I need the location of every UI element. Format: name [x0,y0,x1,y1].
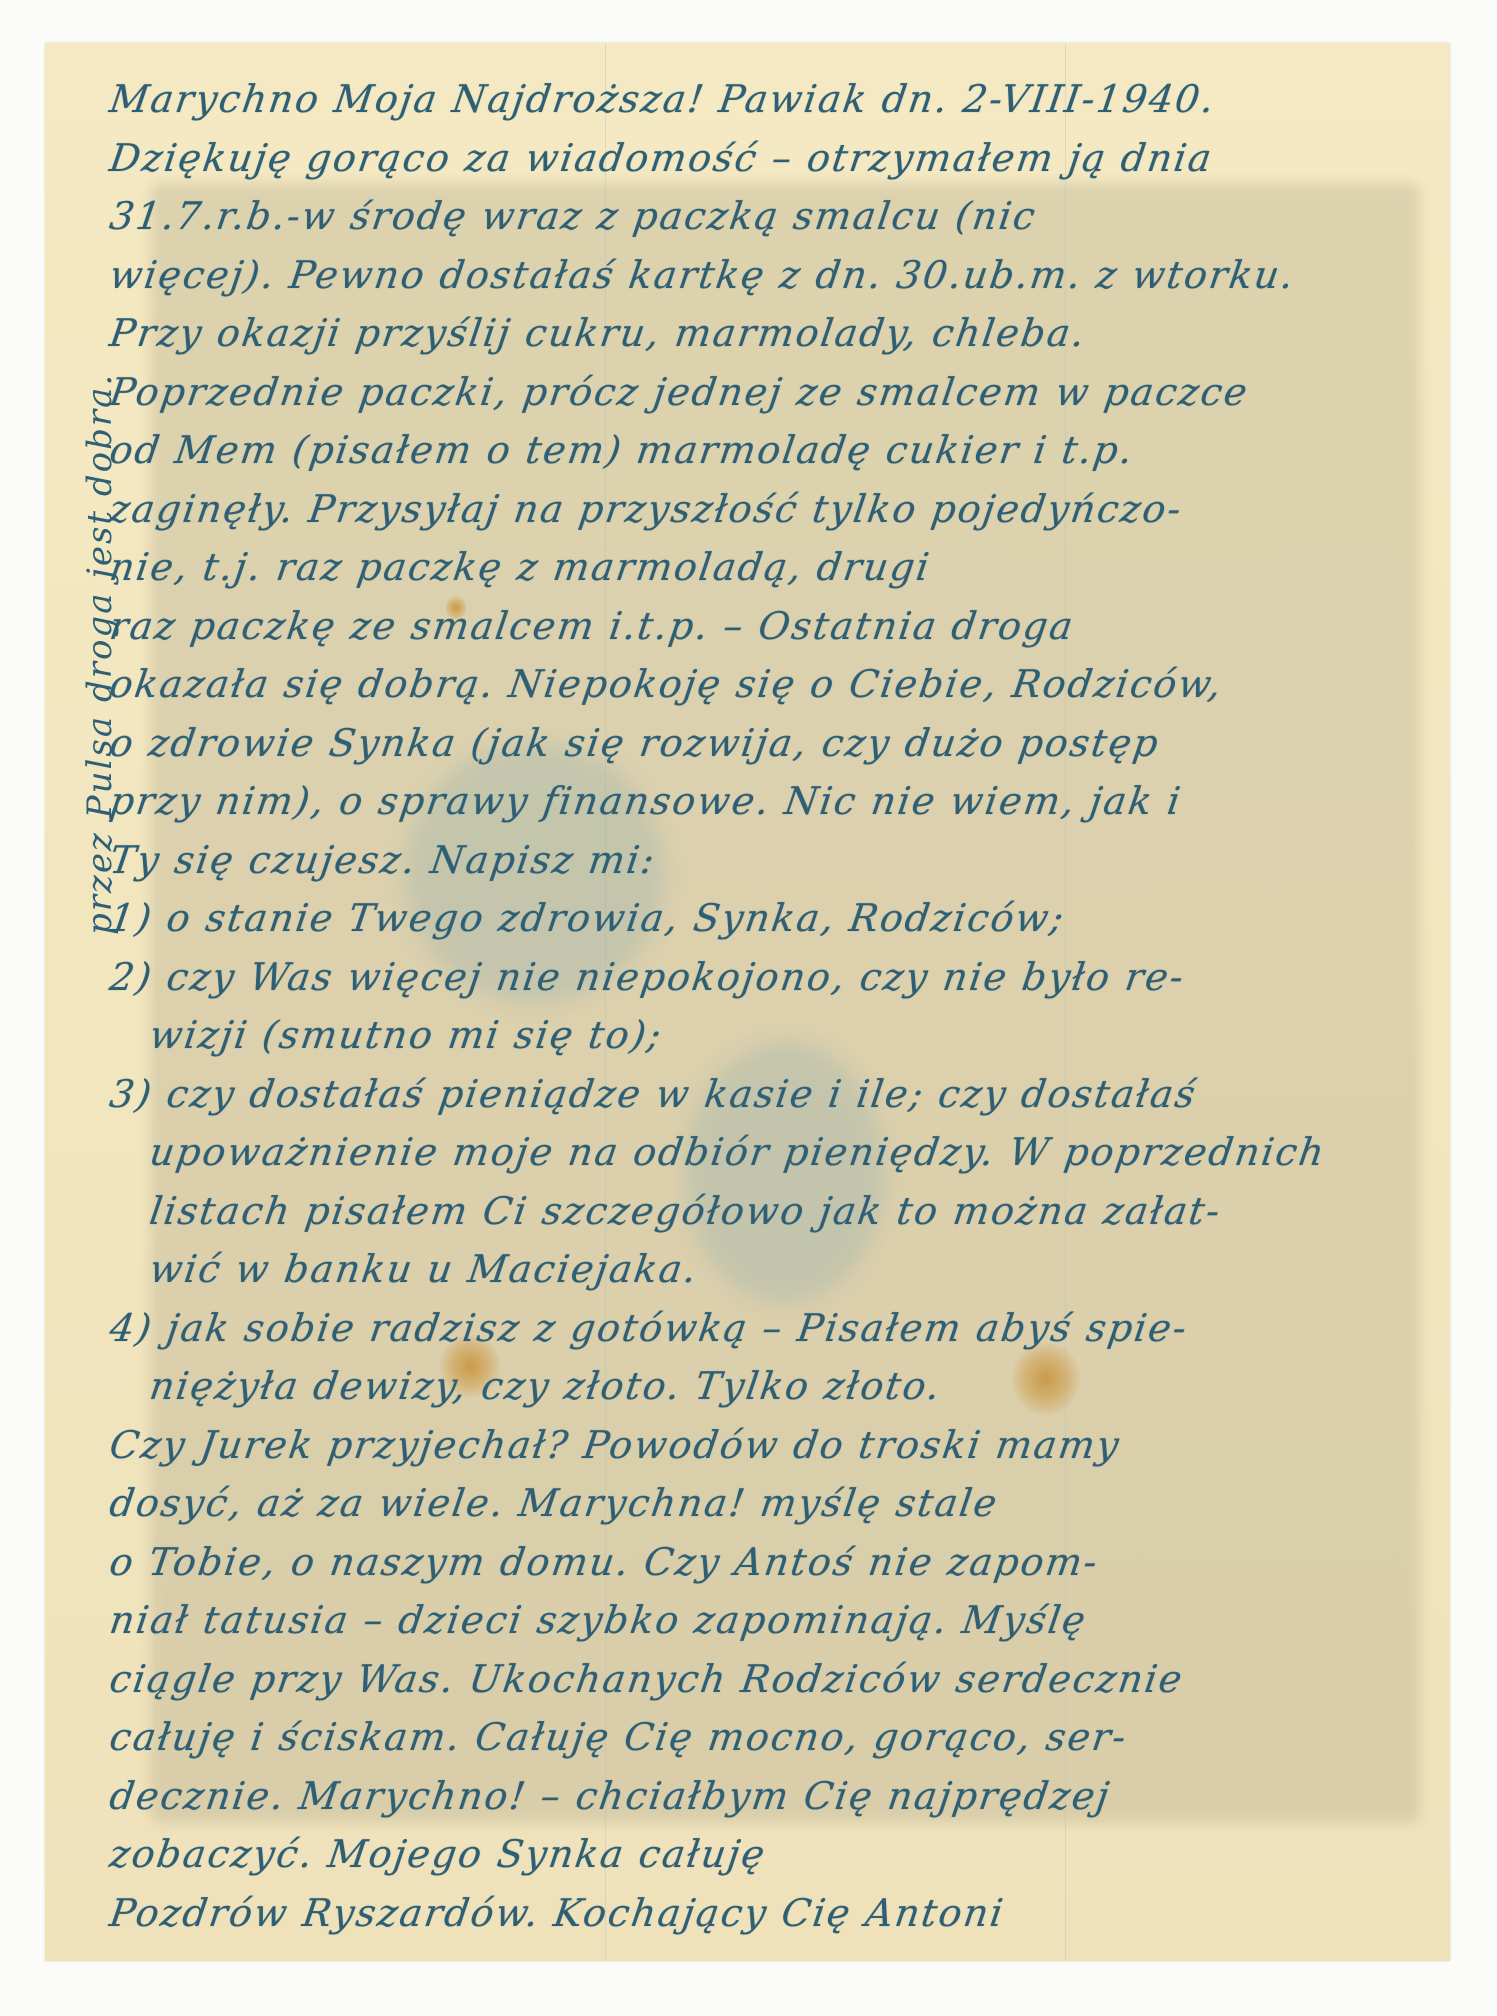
letter-line: ciągle przy Was. Ukochanych Rodziców ser… [106,1650,1414,1709]
letter-line: niężyła dewizy, czy złoto. Tylko złoto. [106,1357,1414,1416]
letter-line: przy nim), o sprawy finansowe. Nic nie w… [106,772,1414,831]
letter-line: wizji (smutno mi się to); [106,1006,1414,1065]
letter-line: wić w banku u Maciejaka. [106,1240,1414,1299]
letter-line: nie, t.j. raz paczkę z marmoladą, drugi [106,538,1414,597]
letter-line: decznie. Marychno! – chciałbym Cię najpr… [106,1767,1414,1826]
letter-line: niał tatusia – dzieci szybko zapominają.… [106,1591,1414,1650]
letter-line: Poprzednie paczki, prócz jednej ze smalc… [106,363,1414,422]
letter-line: Przy okazji przyślij cukru, marmolady, c… [106,304,1414,363]
letter-line-greeting-date: Marychno Moja Najdroższa! Pawiak dn. 2-V… [106,70,1414,129]
letter-body: Marychno Moja Najdroższa! Pawiak dn. 2-V… [110,70,1410,1942]
letter-line: o Tobie, o naszym domu. Czy Antoś nie za… [106,1533,1414,1592]
letter-list-item-2: 2) czy Was więcej nie niepokojono, czy n… [106,948,1414,1007]
letter-signature-line: Pozdrów Ryszardów. Kochający Cię Antoni [106,1884,1414,1943]
letter-list-item-4: 4) jak sobie radzisz z gotówką – Pisałem… [106,1299,1414,1358]
letter-line: dosyć, aż za wiele. Marychna! myślę stal… [106,1474,1414,1533]
letter-list-item-3: 3) czy dostałaś pieniądze w kasie i ile;… [106,1065,1414,1124]
letter-line: o zdrowie Synka (jak się rozwija, czy du… [106,714,1414,773]
letter-line: 31.7.r.b.-w środę wraz z paczką smalcu (… [106,187,1414,246]
letter-line: okazała się dobrą. Niepokoję się o Ciebi… [106,655,1414,714]
letter-list-item-1: 1) o stanie Twego zdrowia, Synka, Rodzic… [106,889,1414,948]
letter-line: Czy Jurek przyjechał? Powodów do troski … [106,1416,1414,1475]
letter-line: Ty się czujesz. Napisz mi: [106,831,1414,890]
letter-line: zobaczyć. Mojego Synka całuję [106,1825,1414,1884]
letter-line: więcej). Pewno dostałaś kartkę z dn. 30.… [106,246,1414,305]
letter-line: od Mem (pisałem o tem) marmoladę cukier … [106,421,1414,480]
letter-line: Dziękuję gorąco za wiadomość – otrzymałe… [106,129,1414,188]
letter-line: zaginęły. Przysyłaj na przyszłość tylko … [106,480,1414,539]
letter-line: upoważnienie moje na odbiór pieniędzy. W… [106,1123,1414,1182]
letter-line: listach pisałem Ci szczegółowo jak to mo… [106,1182,1414,1241]
letter-line: całuję i ściskam. Całuję Cię mocno, gorą… [106,1708,1414,1767]
letter-line: raz paczkę ze smalcem i.t.p. – Ostatnia … [106,597,1414,656]
